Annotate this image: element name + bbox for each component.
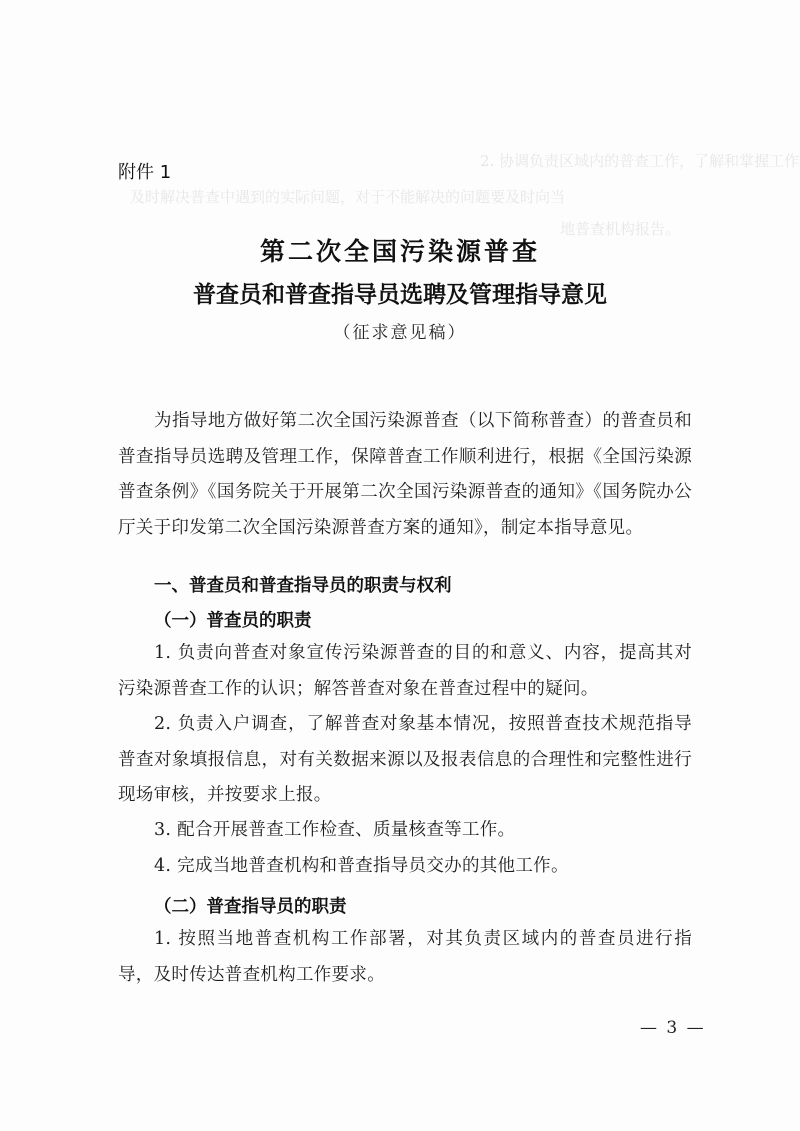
bleed-through-text: 2. 协调负责区域内的普查工作，了解和掌握工作进度并及时 xyxy=(480,150,800,171)
list-item: 4. 完成当地普查机构和普查指导员交办的其他工作。 xyxy=(118,849,692,885)
subsection-heading: （一）普查员的职责 xyxy=(154,607,312,632)
document-title: 第二次全国污染源普查 xyxy=(0,232,800,268)
list-item: 2. 负责入户调查，了解普查对象基本情况，按照普查技术规范指导普查对象填报信息，… xyxy=(118,707,692,814)
document-page: 2. 协调负责区域内的普查工作，了解和掌握工作进度并及时 及时解决普查中遇到的实… xyxy=(0,0,800,1131)
bleed-through-text: 及时解决普查中遇到的实际问题，对于不能解决的问题要及时向当 xyxy=(130,186,565,207)
attachment-label: 附件 1 xyxy=(118,158,171,184)
list-item: 1. 负责向普查对象宣传污染源普查的目的和意义、内容，提高其对污染源普查工作的认… xyxy=(118,636,692,707)
draft-note: （征求意见稿） xyxy=(0,318,800,343)
intro-paragraph: 为指导地方做好第二次全国污染源普查（以下简称普查）的普查员和普查指导员选聘及管理… xyxy=(118,404,692,546)
list-item: 3. 配合开展普查工作检查、质量核查等工作。 xyxy=(118,813,692,849)
section-heading: 一、普查员和普查指导员的职责与权利 xyxy=(154,572,452,597)
document-subtitle-title: 普查员和普查指导员选聘及管理指导意见 xyxy=(0,276,800,309)
subsection-heading: （二）普查指导员的职责 xyxy=(154,893,347,918)
page-number: — 3 — xyxy=(640,1018,706,1038)
list-item: 1. 按照当地普查机构工作部署，对其负责区域内的普查员进行指导，及时传达普查机构… xyxy=(118,922,692,993)
